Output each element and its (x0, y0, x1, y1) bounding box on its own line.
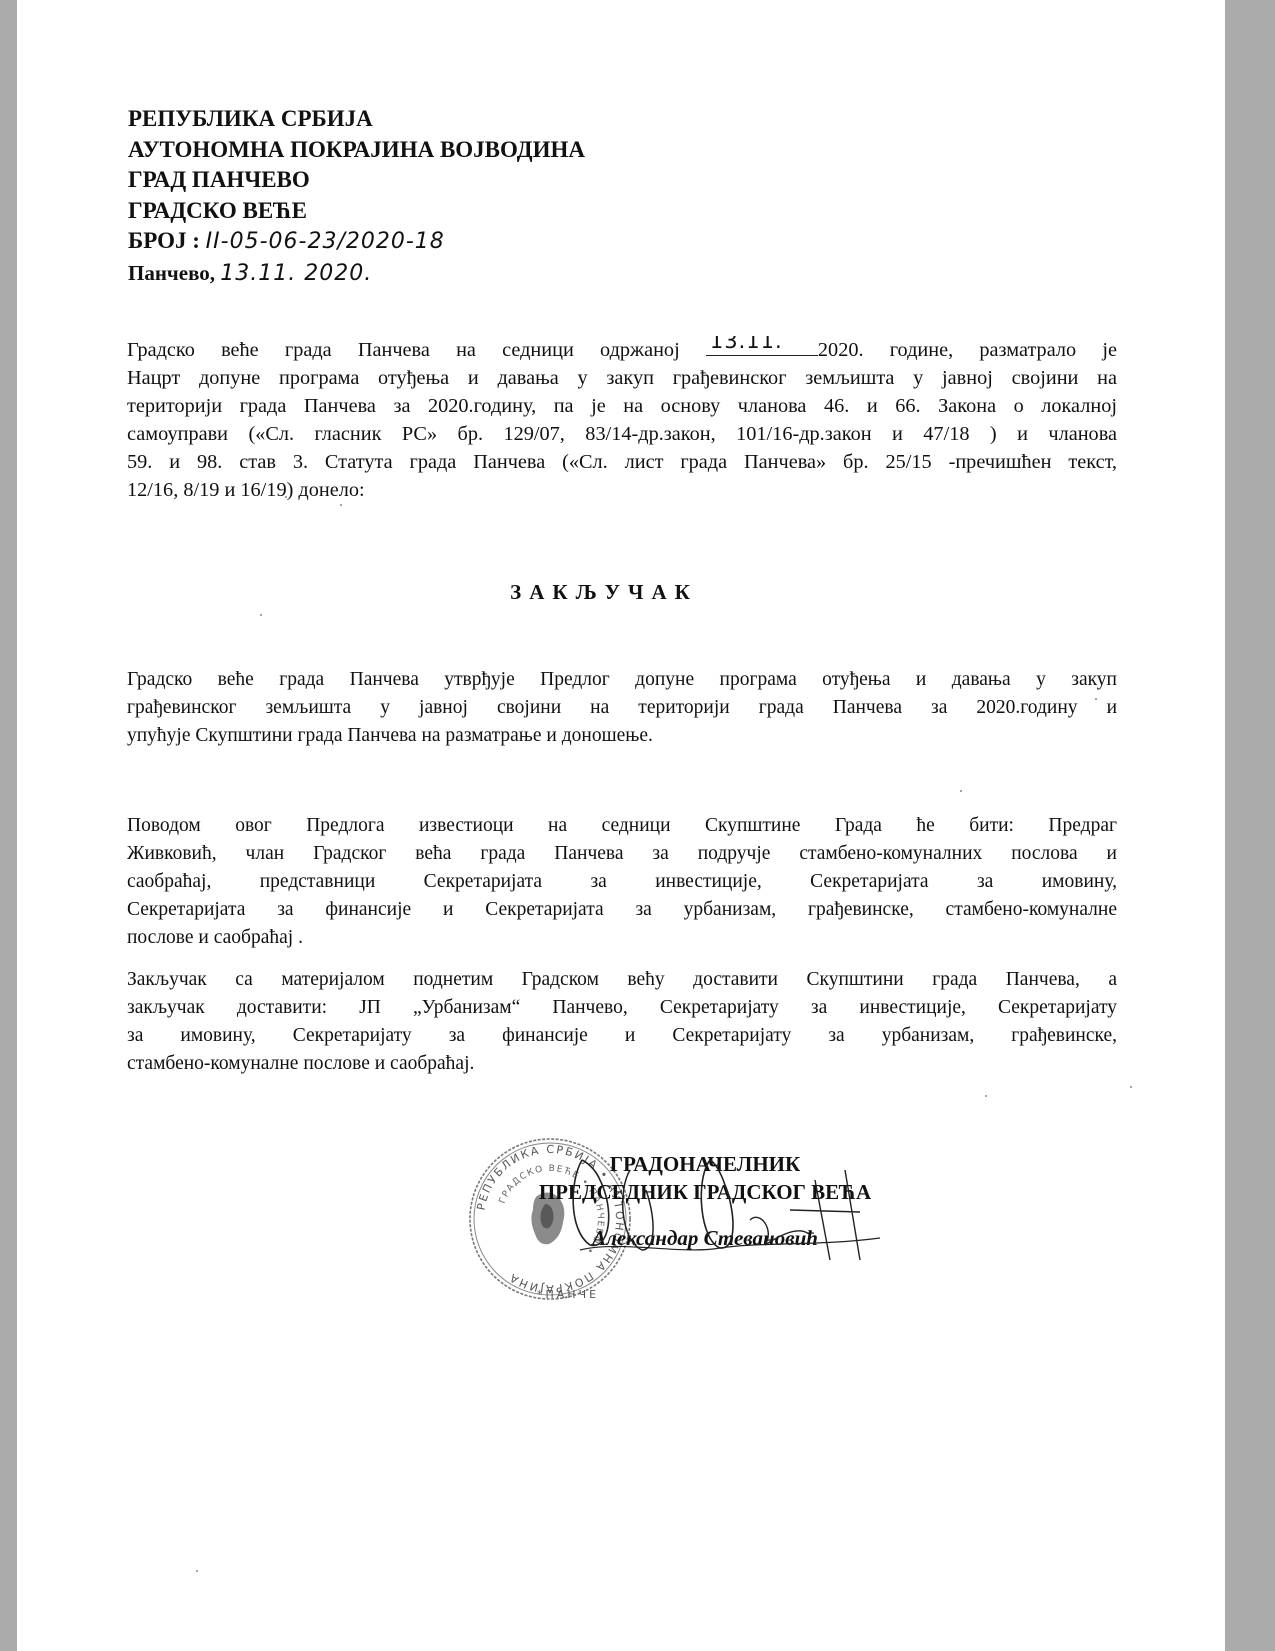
document-number-value: II-05-06-23/2020-18 (206, 229, 445, 254)
preamble-paragraph: Градско веће града Панчева на седници од… (127, 336, 1117, 504)
document-number: БРОЈ : II-05-06-23/2020-18 (128, 226, 585, 258)
svg-text:*ПАНЧЕ: *ПАНЧЕ (537, 1288, 599, 1301)
paragraph-line: Секретаријата за финансије и Секретарија… (127, 896, 1117, 924)
preamble-line: 12/16, 8/19 и 16/19) донело: (127, 476, 1117, 504)
scan-margin-right (1224, 0, 1275, 1651)
body-paragraph-1: Градско веће града Панчева утврђује Пред… (127, 666, 1117, 750)
document-header: РЕПУБЛИКА СРБИЈА АУТОНОМНА ПОКРАЈИНА ВОЈ… (128, 104, 585, 289)
date-value: 13.11. 2020. (220, 261, 372, 286)
meeting-date-handwritten: 13.11. (710, 336, 783, 355)
preamble-line: самоуправи («Сл. гласник РС» бр. 129/07,… (127, 420, 1117, 448)
preamble-line: 59. и 98. став 3. Статута града Панчева … (127, 448, 1117, 476)
header-line-republic: РЕПУБЛИКА СРБИЈА (128, 104, 585, 135)
handwritten-signature-icon (560, 1150, 900, 1270)
preamble-text-before-date: Градско веће града Панчева на седници од… (127, 339, 680, 361)
header-line-council: ГРАДСКО ВЕЋЕ (128, 196, 585, 227)
paragraph-line: за имовину, Секретаријату за финансије и… (127, 1022, 1117, 1050)
paragraph-line: грађевинског земљишта у јавној својини н… (127, 694, 1117, 722)
paragraph-line: послове и саобраћај . (127, 924, 1117, 952)
paragraph-line: Градско веће града Панчева утврђује Пред… (127, 666, 1117, 694)
document-place-date: Панчево, 13.11. 2020. (128, 258, 585, 290)
paragraph-line: Живковић, члан Градског већа града Панче… (127, 840, 1117, 868)
preamble-line-1: Градско веће града Панчева на седници од… (127, 336, 1117, 364)
preamble-line: територији града Панчева за 2020.годину,… (127, 392, 1117, 420)
paragraph-line: саобраћај, представници Секретаријата за… (127, 868, 1117, 896)
body-paragraph-3: Закључак са материјалом поднетим Градско… (127, 966, 1117, 1078)
paragraph-line: Закључак са материјалом поднетим Градско… (127, 966, 1117, 994)
paragraph-line: упућује Скупштини града Панчева на разма… (127, 722, 1117, 750)
meeting-date-field: 13.11. (706, 337, 818, 356)
body-paragraph-2: Поводом овог Предлога известиоци на седн… (127, 812, 1117, 952)
paragraph-line: закључак доставити: ЈП „Урбанизам“ Панче… (127, 994, 1117, 1022)
header-line-province: АУТОНОМНА ПОКРАЈИНА ВОЈВОДИНА (128, 135, 585, 166)
header-line-city: ГРАД ПАНЧЕВО (128, 165, 585, 196)
scan-margin-left (0, 0, 18, 1651)
preamble-text-after-date: 2020. године, разматрало је (818, 339, 1117, 361)
document-title: ЗАКЉУЧАК (0, 580, 1208, 605)
paragraph-line: стамбено-комуналне послове и саобраћај. (127, 1050, 1117, 1078)
place-label: Панчево, (128, 261, 215, 285)
document-number-label: БРОЈ : (128, 228, 200, 253)
preamble-line: Нацрт допуне програма отуђења и давања у… (127, 364, 1117, 392)
paragraph-line: Поводом овог Предлога известиоци на седн… (127, 812, 1117, 840)
